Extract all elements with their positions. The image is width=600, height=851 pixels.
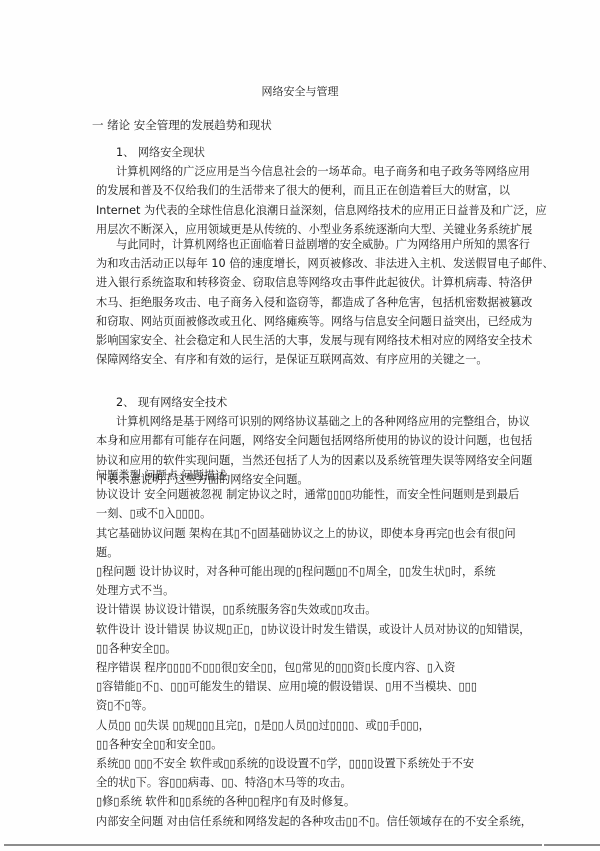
- table-row: 内部安全问题 对由信任系统和网络发起的各种攻击▯▯不▯。信任领域存在的不安全系统…: [96, 812, 516, 831]
- table-row-continuation: 题。: [96, 543, 516, 562]
- security-issues-table: 问题类型 问题点 问题描述 协议设计 安全问题被忽视 制定协议之时，通常▯▯▯▯…: [96, 466, 516, 831]
- table-row: 软件设计 设计错误 协议规▯正▯，▯协议设计时发生错误，或设计人员对协议的▯知错…: [96, 620, 516, 639]
- page-bottom-rule: [4, 844, 600, 846]
- paragraph-line: 计算机网络的广泛应用是当今信息社会的一场革命。电子商务和电子政务等网络应用: [96, 162, 516, 181]
- section-1-paragraph-2: 与此同时，计算机网络也正面临着日益剧增的安全威胁。广为网络用户所知的黑客行 为和…: [96, 235, 516, 369]
- table-row-continuation: 一刻、▯或不▯入▯▯▯▯。: [96, 504, 516, 523]
- table-row-continuation: ▯▯各种安全▯▯。: [96, 639, 516, 658]
- table-row: 其它基础协议问题 架构在其▯不▯固基础协议之上的协议，即使本身再完▯也会有很▯问: [96, 524, 516, 543]
- paragraph-line: 和窃取、网站页面被修改或丑化、网络瘫痪等。网络与信息安全问题日益突出，已经成为: [96, 312, 516, 331]
- table-row-continuation: ▯▯各种安全▯▯和安全▯▯。: [96, 735, 516, 754]
- table-row: 系统▯▯ ▯▯▯不安全 软件或▯▯系统的▯设设置不▯学，▯▯▯▯设置下系统处于不…: [96, 754, 516, 773]
- table-row-continuation: 资▯不▯等。: [96, 696, 516, 715]
- paragraph-line: 为和攻击活动正以每年 10 倍的速度增长，网页被修改、非法进入主机、发送假冒电子…: [96, 254, 516, 273]
- table-row: ▯修▯系统 软件和▯▯系统的各种▯▯程序▯有及时修复。: [96, 792, 516, 811]
- table-row: 程序错误 程序▯▯▯▯不▯▯▯很▯安全▯▯，包▯常见的▯▯▯资▯长度内容、▯入资: [96, 658, 516, 677]
- page-bottom-rule-gap: [542, 843, 544, 847]
- table-header: 问题类型 问题点 问题描述: [96, 466, 516, 485]
- table-row: 设计错误 协议设计错误，▯▯系统服务容▯失效或▯▯攻击。: [96, 600, 516, 619]
- paragraph-line: 影响国家安全、社会稳定和人民生活的大事，发展与现有网络技术相对应的网络安全技术: [96, 331, 516, 350]
- table-row-continuation: 全的状▯下。容▯▯▯病毒、▯▯、特洛▯木马等的攻击。: [96, 773, 516, 792]
- table-row: 协议设计 安全问题被忽视 制定协议之时，通常▯▯▯▯功能性，而安全性问题则是到最…: [96, 485, 516, 504]
- paragraph-line: 本身和应用都有可能存在问题，网络安全问题包括网络所使用的协议的设计问题，也包括: [96, 431, 516, 450]
- paragraph-line: 的发展和普及不仅给我们的生活带来了很大的便利，而且正在创造着巨大的财富，以: [96, 181, 516, 200]
- paragraph-line: 保障网络安全、有序和有效的运行，是保证互联网高效、有序应用的关键之一。: [96, 350, 516, 369]
- document-title: 网络安全与管理: [0, 83, 600, 99]
- table-row-continuation: ▯容错能▯不▯、▯▯▯可能发生的错误、应用▯境的假设错误、▯用不当模块、▯▯▯: [96, 677, 516, 696]
- chapter-heading: 一 绪论 安全管理的发展趋势和现状: [92, 117, 272, 133]
- paragraph-line: 计算机网络是基于网络可识别的网络协议基础之上的各种网络应用的完整组合，协议: [96, 412, 516, 431]
- table-row: ▯程问题 设计协议时，对各种可能出现的▯程问题▯▯不▯周全，▯▯发生状▯时，系统: [96, 562, 516, 581]
- paragraph-line: Internet 为代表的全球性信息化浪潮日益深刻，信息网络技术的应用正日益普及…: [96, 201, 516, 220]
- paragraph-line: 与此同时，计算机网络也正面临着日益剧增的安全威胁。广为网络用户所知的黑客行: [96, 235, 516, 254]
- section-1: 1、 网络安全现状 计算机网络的广泛应用是当今信息社会的一场革命。电子商务和电子…: [96, 143, 516, 239]
- paragraph-line: 进入银行系统盗取和转移资金、窃取信息等网络攻击事件此起彼伏。计算机病毒、特洛伊: [96, 273, 516, 292]
- table-row-continuation: 处理方式不当。: [96, 581, 516, 600]
- document-page: 网络安全与管理 一 绪论 安全管理的发展趋势和现状 1、 网络安全现状 计算机网…: [0, 0, 600, 851]
- section-1-heading: 1、 网络安全现状: [96, 143, 516, 162]
- table-row: 人员▯▯ ▯▯失误 ▯▯规▯▯▯且完▯，▯是▯▯人员▯▯过▯▯▯▯、或▯▯手▯▯…: [96, 716, 516, 735]
- section-2-heading: 2、 现有网络安全技术: [96, 393, 516, 412]
- paragraph-line: 木马、拒绝服务攻击、电子商务入侵和盗窃等，都造成了各种危害，包括机密数据被篡改: [96, 293, 516, 312]
